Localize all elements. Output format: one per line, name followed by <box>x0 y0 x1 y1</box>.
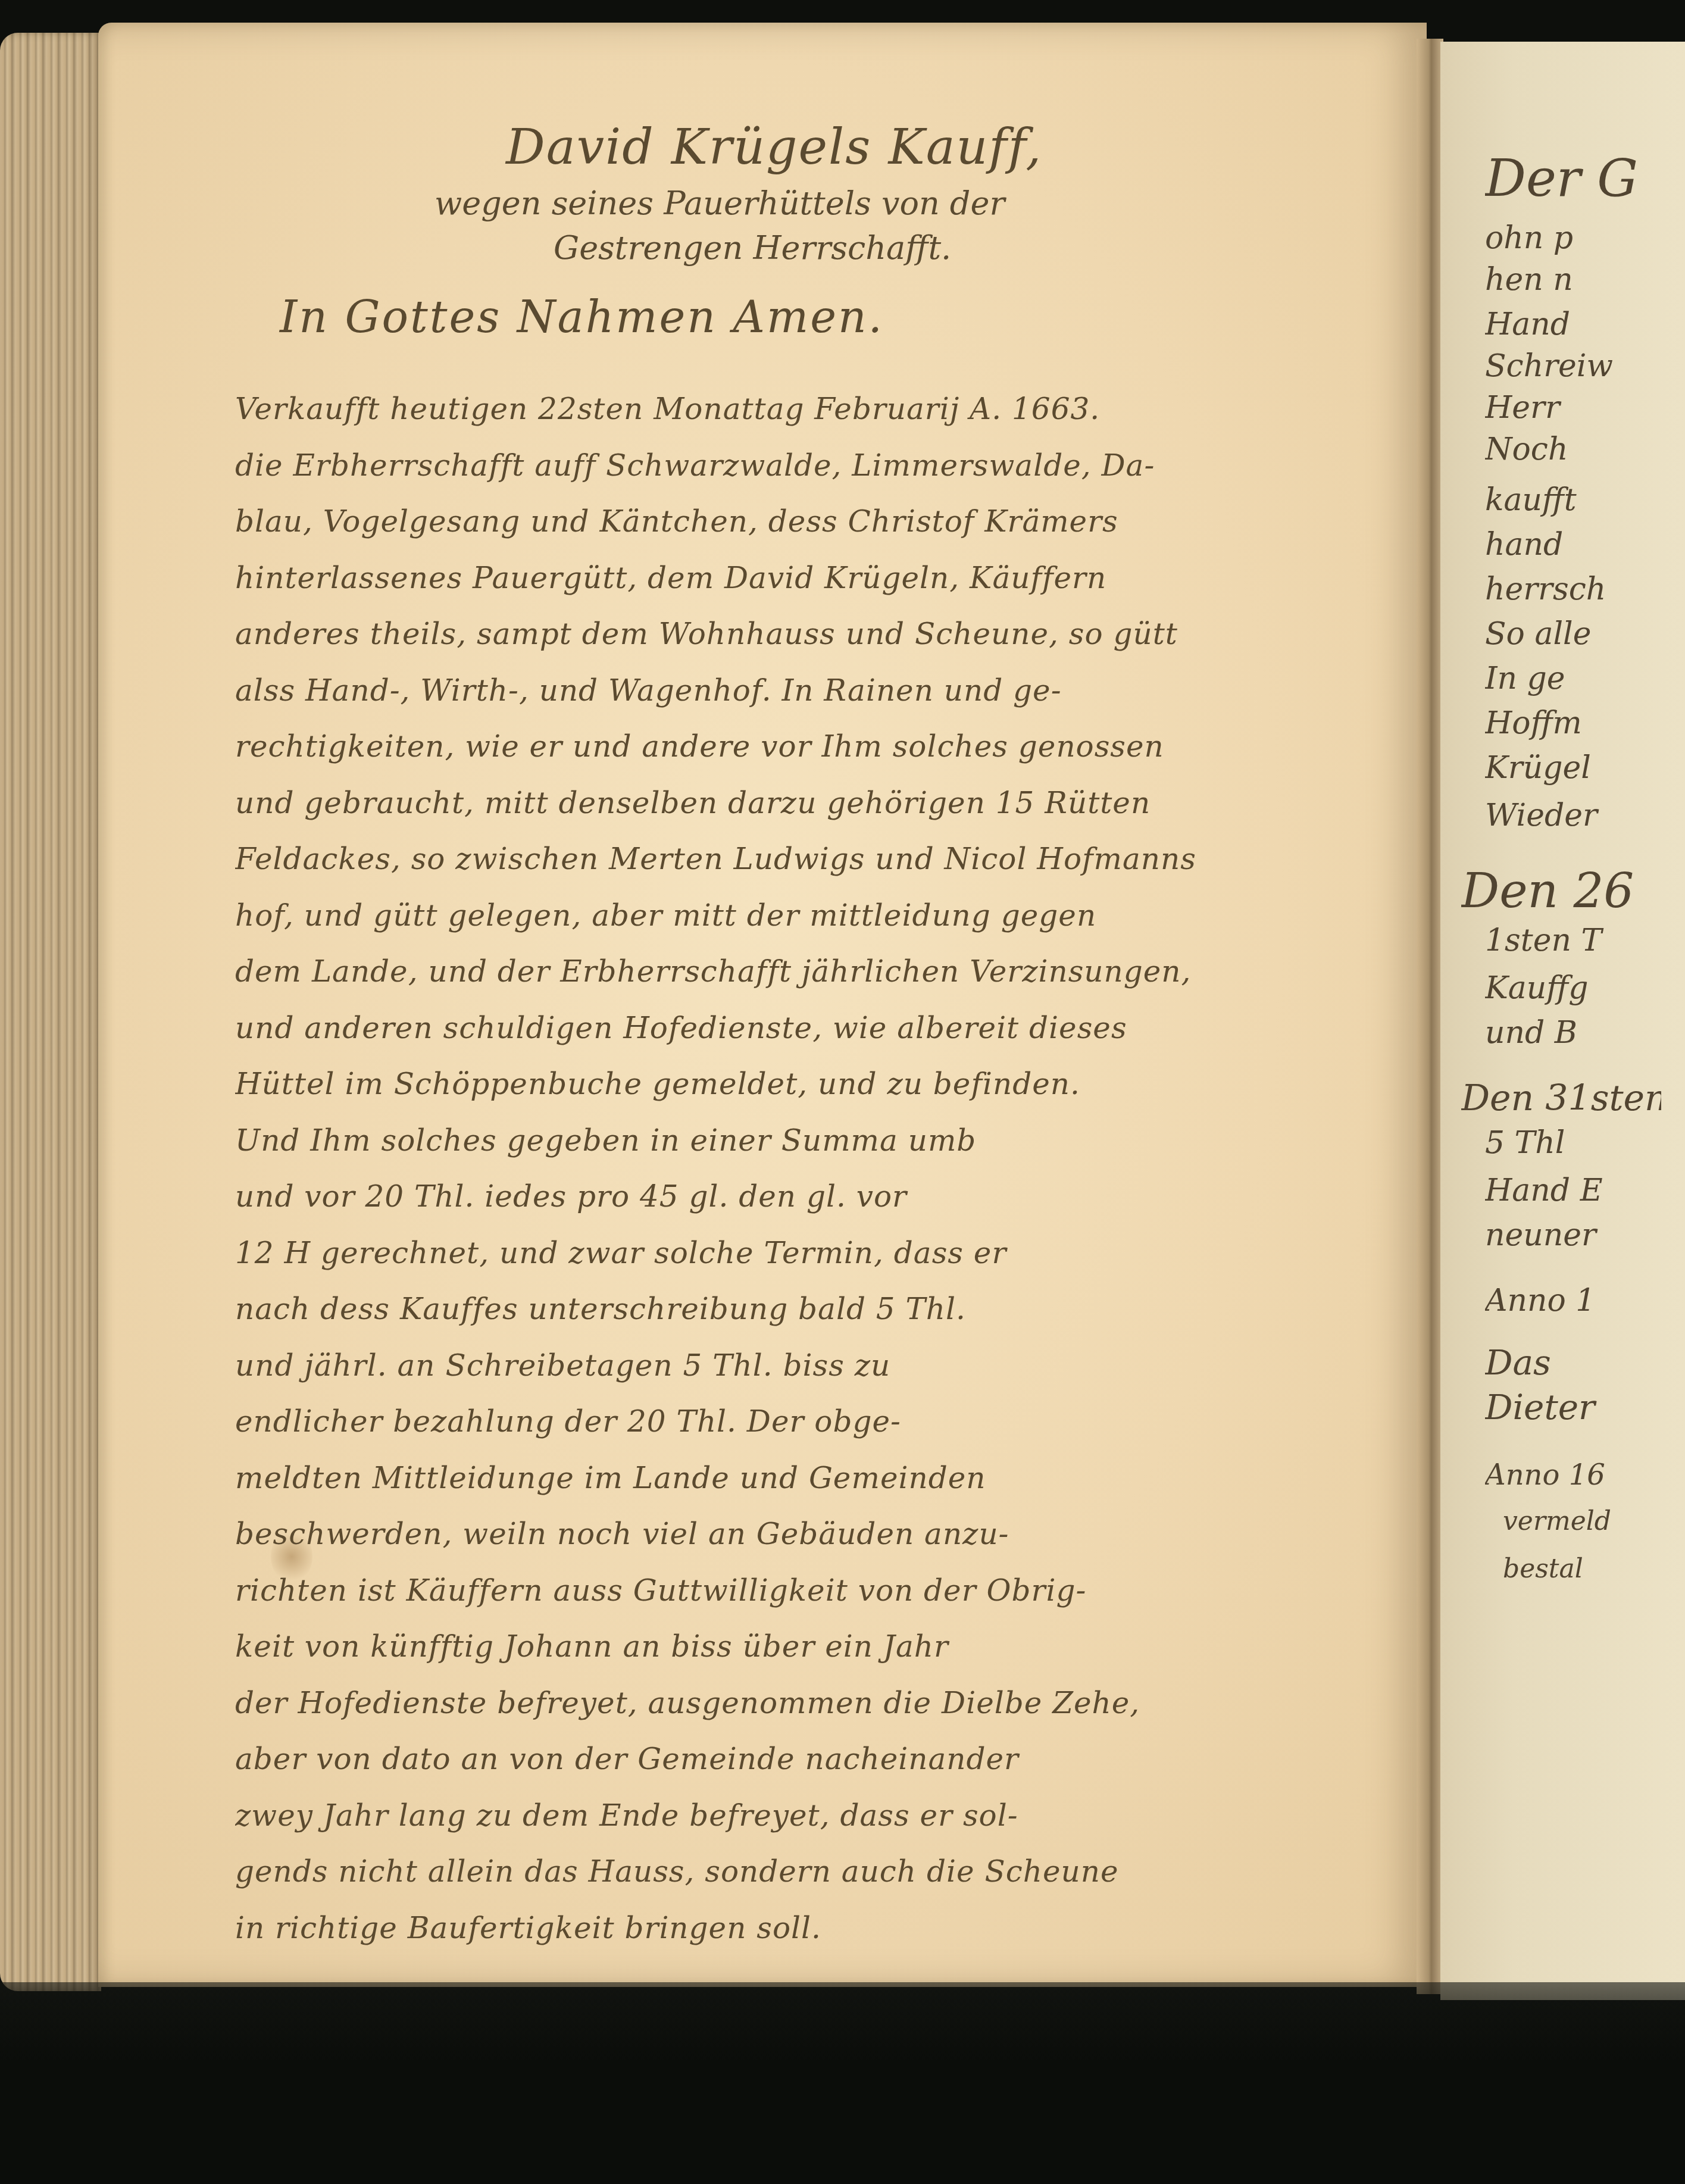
text-line: neuner <box>1485 1217 1685 1253</box>
text-line: rechtigkeiten, wie er und andere vor Ihm… <box>235 718 1420 775</box>
text-line: So alle <box>1485 616 1685 652</box>
text-line: blau, Vogelgesang und Käntchen, dess Chr… <box>235 493 1420 550</box>
background-shadow <box>0 1982 1685 2184</box>
text-line: hof, und gütt gelegen, aber mitt der mit… <box>235 888 1420 944</box>
text-line: kaufft <box>1485 482 1685 518</box>
text-line: und jährl. an Schreibetagen 5 Thl. biss … <box>235 1338 1420 1394</box>
text-line: alss Hand-, Wirth-, und Wagenhof. In Rai… <box>235 663 1420 719</box>
text-line: Hüttel im Schöppenbuche gemeldet, und zu… <box>235 1056 1420 1113</box>
text-line: meldten Mittleidunge im Lande und Gemein… <box>235 1450 1420 1507</box>
text-line: ohn p <box>1485 220 1685 256</box>
text-line: dem Lande, und der Erbherrschafft jährli… <box>235 943 1420 1000</box>
text-line: Den 31sten <box>1461 1077 1661 1119</box>
text-line: nach dess Kauffes unterschreibung bald 5… <box>235 1281 1420 1338</box>
text-line: hand <box>1485 527 1685 563</box>
text-line: und B <box>1485 1015 1685 1051</box>
text-line: und anderen schuldigen Hofedienste, wie … <box>235 1000 1420 1057</box>
entry-title: David Krügels Kauff, <box>506 119 1042 176</box>
text-line: Krügel <box>1485 750 1685 786</box>
text-line: Anno 1 <box>1485 1283 1685 1318</box>
book-gutter <box>1417 39 1443 1994</box>
text-line: aber von dato an von der Gemeinde nachei… <box>235 1731 1420 1788</box>
text-line: gends nicht allein das Hauss, sondern au… <box>235 1844 1420 1900</box>
text-line: richten ist Käuffern auss Guttwilligkeit… <box>235 1563 1420 1619</box>
text-line: Verkaufft heutigen 22sten Monattag Febru… <box>235 381 1420 438</box>
book-spread: David Krügels Kauff, wegen seines Pauerh… <box>0 0 1685 2184</box>
text-line: Anno 16 <box>1485 1458 1685 1492</box>
text-line: Wieder <box>1485 798 1685 833</box>
text-line: Noch <box>1485 432 1685 467</box>
stacked-page-edges <box>0 33 101 1991</box>
entry-subtitle-line-1: wegen seines Pauerhüttels von der <box>434 185 1005 222</box>
text-line: Dieter <box>1485 1387 1685 1427</box>
text-line: hen n <box>1485 262 1685 298</box>
text-line: Der G <box>1485 149 1685 208</box>
text-line: der Hofedienste befreyet, ausgenommen di… <box>235 1675 1420 1732</box>
text-line: endlicher bezahlung der 20 Thl. Der obge… <box>235 1393 1420 1450</box>
text-line: Hand E <box>1485 1173 1685 1208</box>
text-line: Schreiw <box>1485 348 1685 384</box>
text-line: in richtige Baufertigkeit bringen soll. <box>235 1900 1420 1957</box>
text-line: Das <box>1485 1342 1685 1383</box>
text-line: und vor 20 Thl. iedes pro 45 gl. den gl.… <box>235 1168 1420 1225</box>
text-line: Kauffg <box>1485 970 1685 1006</box>
text-line: bestal <box>1503 1554 1685 1584</box>
text-line: und gebraucht, mitt denselben darzu gehö… <box>235 775 1420 832</box>
text-line: anderes theils, sampt dem Wohnhauss und … <box>235 606 1420 663</box>
text-line: hinterlassenes Pauergütt, dem David Krüg… <box>235 550 1420 607</box>
text-line: keit von künfftig Johann an biss über ei… <box>235 1619 1420 1675</box>
text-line: 12 H gerechnet, und zwar solche Termin, … <box>235 1225 1420 1282</box>
invocation-line: In Gottes Nahmen Amen. <box>280 292 884 343</box>
entry-subtitle-line-2: Gestrengen Herrschafft. <box>554 229 951 267</box>
text-line: beschwerden, weiln noch viel an Gebäuden… <box>235 1506 1420 1563</box>
manuscript-body: Verkaufft heutigen 22sten Monattag Febru… <box>235 381 1420 1956</box>
text-line: zwey Jahr lang zu dem Ende befreyet, das… <box>235 1788 1420 1844</box>
text-line: 5 Thl <box>1485 1125 1685 1161</box>
text-line: Hand <box>1485 307 1685 342</box>
text-line: Den 26 <box>1461 863 1661 918</box>
text-line: die Erbherrschafft auff Schwarzwalde, Li… <box>235 438 1420 494</box>
text-line: Hoffm <box>1485 705 1685 741</box>
text-line: vermeld <box>1503 1506 1685 1536</box>
text-line: Herr <box>1485 390 1685 426</box>
text-line: Feldackes, so zwischen Merten Ludwigs un… <box>235 831 1420 888</box>
text-line: herrsch <box>1485 571 1685 607</box>
text-line: Und Ihm solches gegeben in einer Summa u… <box>235 1113 1420 1169</box>
text-line: In ge <box>1485 661 1685 696</box>
text-line: 1sten T <box>1485 923 1685 958</box>
